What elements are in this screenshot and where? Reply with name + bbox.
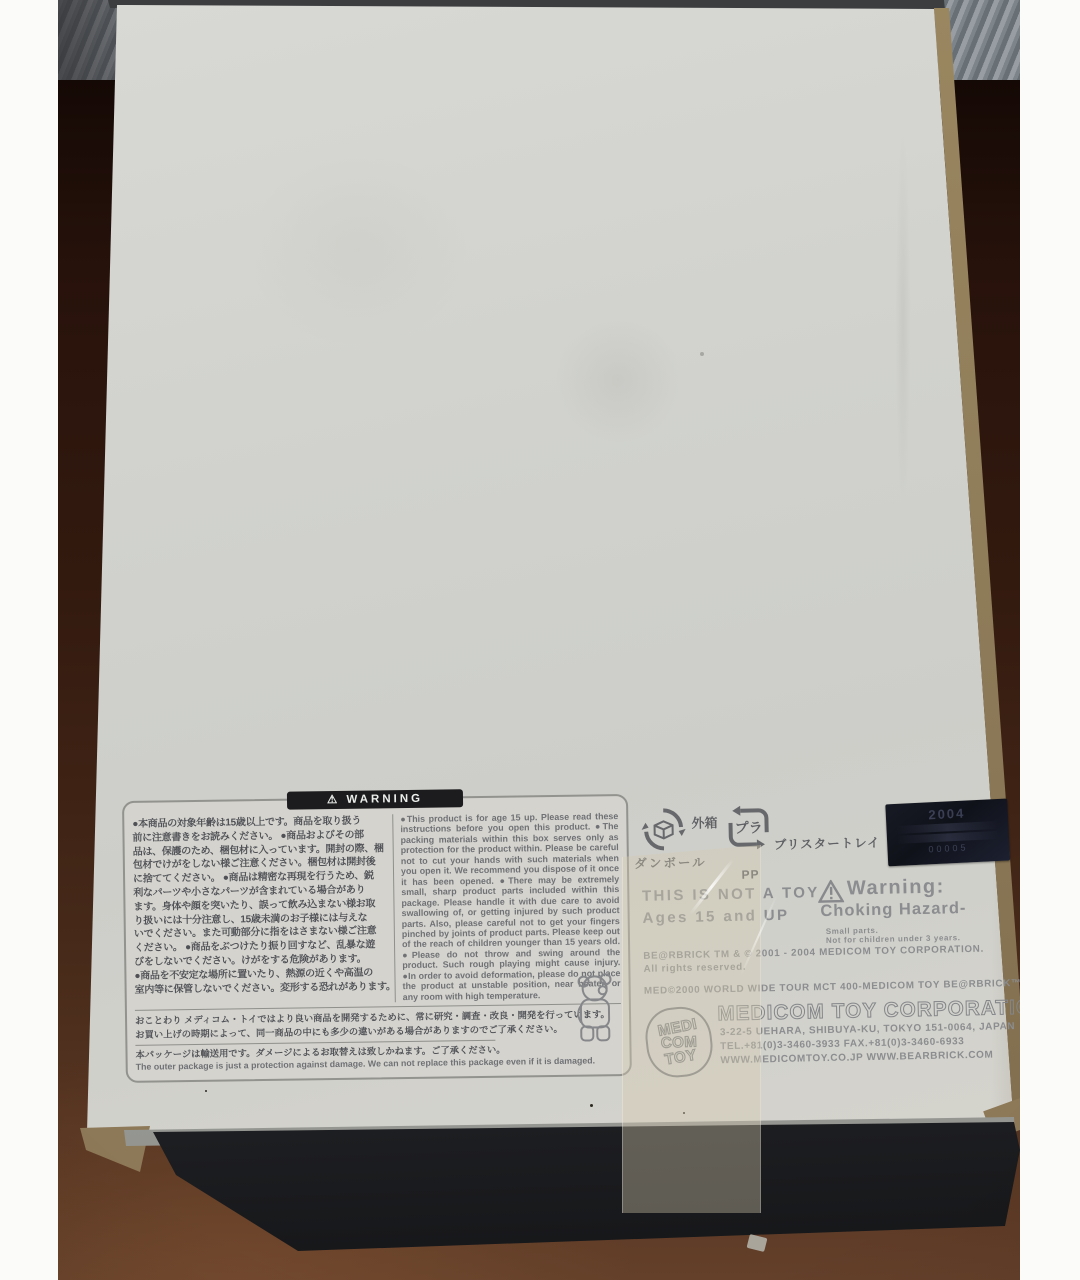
plastic-side-label: ブリスタートレイ [774, 833, 881, 853]
hologram-sticker: 2004 00005 [885, 798, 1010, 866]
svg-text:プラ: プラ [734, 819, 762, 836]
packing-tape-strip [622, 845, 761, 1213]
dirt-speck [590, 1104, 593, 1107]
cardboard-side-label: 外箱 [691, 812, 717, 832]
warning-header-text: WARNING [346, 793, 423, 806]
photo-of-bearbrick-box-back: ⚠ WARNING ●本商品の対象年齢は15歳以上です。商品を取り扱う 前に注意… [0, 0, 1080, 1280]
photo-letterbox-right [1020, 0, 1080, 1280]
jp-warning-line: 室内等に保管しないでください。変形する恐れがあります。 [135, 980, 390, 997]
warning-triangle-icon: ⚠ [327, 794, 347, 806]
choking-title: Warning: [847, 875, 945, 900]
photo-letterbox-left [0, 0, 58, 1280]
plastic-recycle-icon: プラ [727, 805, 770, 850]
bearbrick-outline-icon [569, 972, 626, 1051]
dirt-speck [205, 1090, 207, 1092]
warning-japanese-column: ●本商品の対象年齢は15歳以上です。商品を取り扱う 前に注意書きをお読みください… [132, 814, 396, 1006]
warning-label-header: ⚠ WARNING [287, 789, 463, 809]
company-web: WWW.MEDICOMTOY.CO.JP WWW.BEARBRICK.COM [720, 1050, 993, 1067]
dirt-speck [700, 352, 704, 356]
photo-area: ⚠ WARNING ●本商品の対象年齢は15歳以上です。商品を取り扱う 前に注意… [58, 0, 1020, 1280]
cardboard-recycle-icon [640, 807, 687, 852]
choking-warning-triangle-icon [818, 880, 844, 904]
warning-label: ⚠ WARNING ●本商品の対象年齢は15歳以上です。商品を取り扱う 前に注意… [122, 794, 632, 1083]
choking-small-2: Not for children under 3 years. [826, 933, 961, 945]
choking-subtitle: Choking Hazard- [820, 899, 966, 921]
